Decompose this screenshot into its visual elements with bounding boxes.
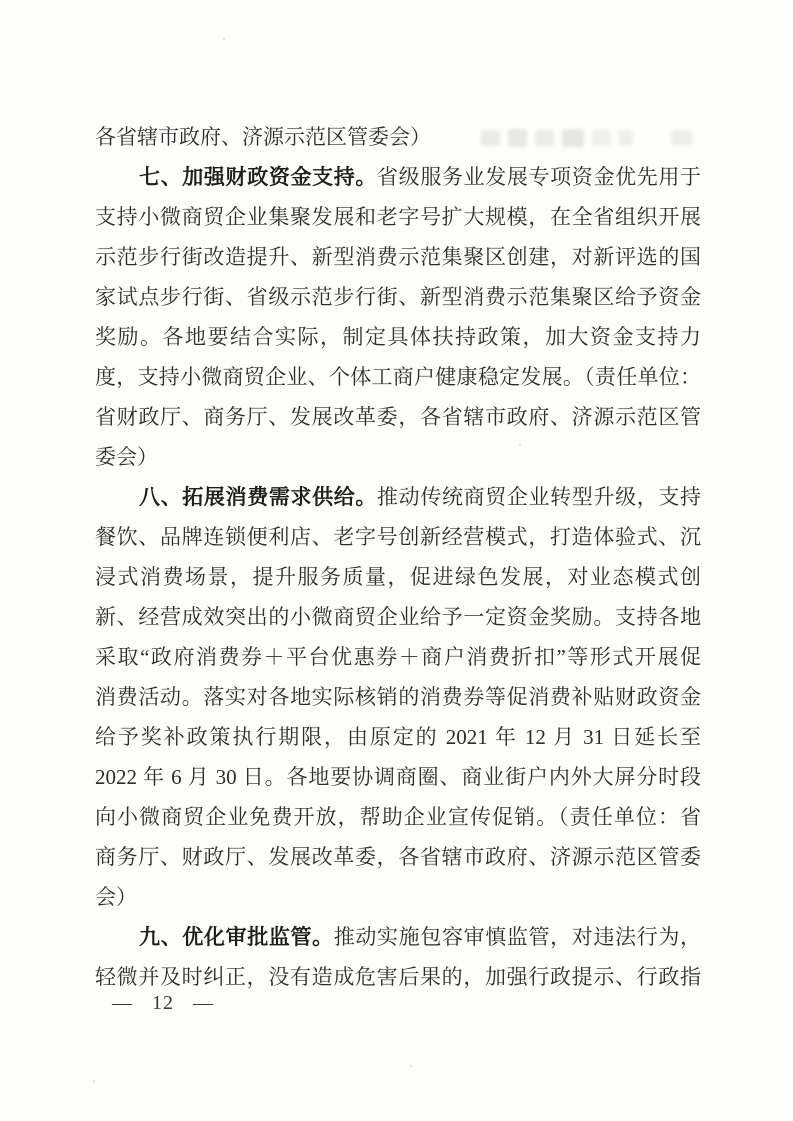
scan-speck [93,1080,95,1082]
line-text: 给予奖补政策执行期限，由原定的 2021 年 12 月 31 日延长至 [95,725,701,749]
line-text: 支持小微商贸企业集聚发展和老字号扩大规模，在全省组织开展 [95,205,701,229]
line-text: 会） [95,885,137,909]
text-line: 采取“政府消费券＋平台优惠券＋商户消费折扣”等形式开展促 [95,637,701,677]
text-line: 浸式消费场景，提升服务质量，促进绿色发展，对业态模式创 [95,557,701,597]
text-line: 向小微商贸企业免费开放，帮助企业宣传促销。（责任单位：省 [95,797,701,837]
line-text: 商务厅、财政厅、发展改革委，各省辖市政府、济源示范区管委 [95,845,701,869]
paragraph-first-line: 八、拓展消费需求供给。推动传统商贸企业转型升级，支持 [95,477,701,517]
section-heading: 九、优化审批监管。 [139,926,334,949]
text-line: 各省辖市政府、济源示范区管委会） [95,117,701,157]
line-text: 餐饮、品牌连锁便利店、老字号创新经营模式，打造体验式、沉 [95,525,701,549]
line-text: 各省辖市政府、济源示范区管委会） [95,125,431,149]
line-text: 新、经营成效突出的小微商贸企业给予一定资金奖励。支持各地 [95,605,701,629]
text-line: 示范步行街改造提升、新型消费示范集聚区创建，对新评选的国 [95,237,701,277]
text-line: 餐饮、品牌连锁便利店、老字号创新经营模式，打造体验式、沉 [95,517,701,557]
scan-speck [223,38,225,40]
text-line: 2022 年 6 月 30 日。各地要协调商圈、商业街户内外大屏分时段 [95,757,701,797]
line-text: 2022 年 6 月 30 日。各地要协调商圈、商业街户内外大屏分时段 [95,765,701,789]
document-page: 各省辖市政府、济源示范区管委会）七、加强财政资金支持。省级服务业发展专项资金优先… [0,0,793,1121]
text-line: 奖励。各地要结合实际，制定具体扶持政策，加大资金支持力 [95,317,701,357]
scan-speck [410,1065,412,1067]
line-text: 示范步行街改造提升、新型消费示范集聚区创建，对新评选的国 [95,245,701,269]
section-heading: 八、拓展消费需求供给。 [139,486,377,509]
text-line: 支持小微商贸企业集聚发展和老字号扩大规模，在全省组织开展 [95,197,701,237]
text-line: 新、经营成效突出的小微商贸企业给予一定资金奖励。支持各地 [95,597,701,637]
text-line: 会） [95,877,701,917]
line-text: 推动实施包容审慎监管，对违法行为， [334,925,701,949]
line-text: 委会） [95,445,158,469]
text-line: 度，支持小微商贸企业、个体工商户健康稳定发展。（责任单位： [95,357,701,397]
line-text: 度，支持小微商贸企业、个体工商户健康稳定发展。（责任单位： [95,365,701,389]
document-body: 各省辖市政府、济源示范区管委会）七、加强财政资金支持。省级服务业发展专项资金优先… [95,117,701,997]
text-line: 商务厅、财政厅、发展改革委，各省辖市政府、济源示范区管委 [95,837,701,877]
paragraph-first-line: 七、加强财政资金支持。省级服务业发展专项资金优先用于 [95,157,701,197]
line-text: 省财政厅、商务厅、发展改革委，各省辖市政府、济源示范区管 [95,405,701,429]
line-text: 推动传统商贸企业转型升级，支持 [377,485,701,509]
line-text: 浸式消费场景，提升服务质量，促进绿色发展，对业态模式创 [95,565,701,589]
line-text: 省级服务业发展专项资金优先用于 [377,165,701,189]
text-line: 委会） [95,437,701,477]
line-text: 家试点步行街、省级示范步行街、新型消费示范集聚区给予资金 [95,285,701,309]
text-line: 给予奖补政策执行期限，由原定的 2021 年 12 月 31 日延长至 [95,717,701,757]
page-number: — 12 — [112,986,214,1020]
line-text: 消费活动。落实对各地实际核销的消费券等促消费补贴财政资金 [95,685,701,709]
text-line: 消费活动。落实对各地实际核销的消费券等促消费补贴财政资金 [95,677,701,717]
text-line: 省财政厅、商务厅、发展改革委，各省辖市政府、济源示范区管 [95,397,701,437]
text-line: 家试点步行街、省级示范步行街、新型消费示范集聚区给予资金 [95,277,701,317]
line-text: 采取“政府消费券＋平台优惠券＋商户消费折扣”等形式开展促 [95,645,701,669]
paragraph-first-line: 九、优化审批监管。推动实施包容审慎监管，对违法行为， [95,917,701,957]
line-text: 向小微商贸企业免费开放，帮助企业宣传促销。（责任单位：省 [95,805,701,829]
section-heading: 七、加强财政资金支持。 [139,166,377,189]
line-text: 奖励。各地要结合实际，制定具体扶持政策，加大资金支持力 [95,325,701,349]
